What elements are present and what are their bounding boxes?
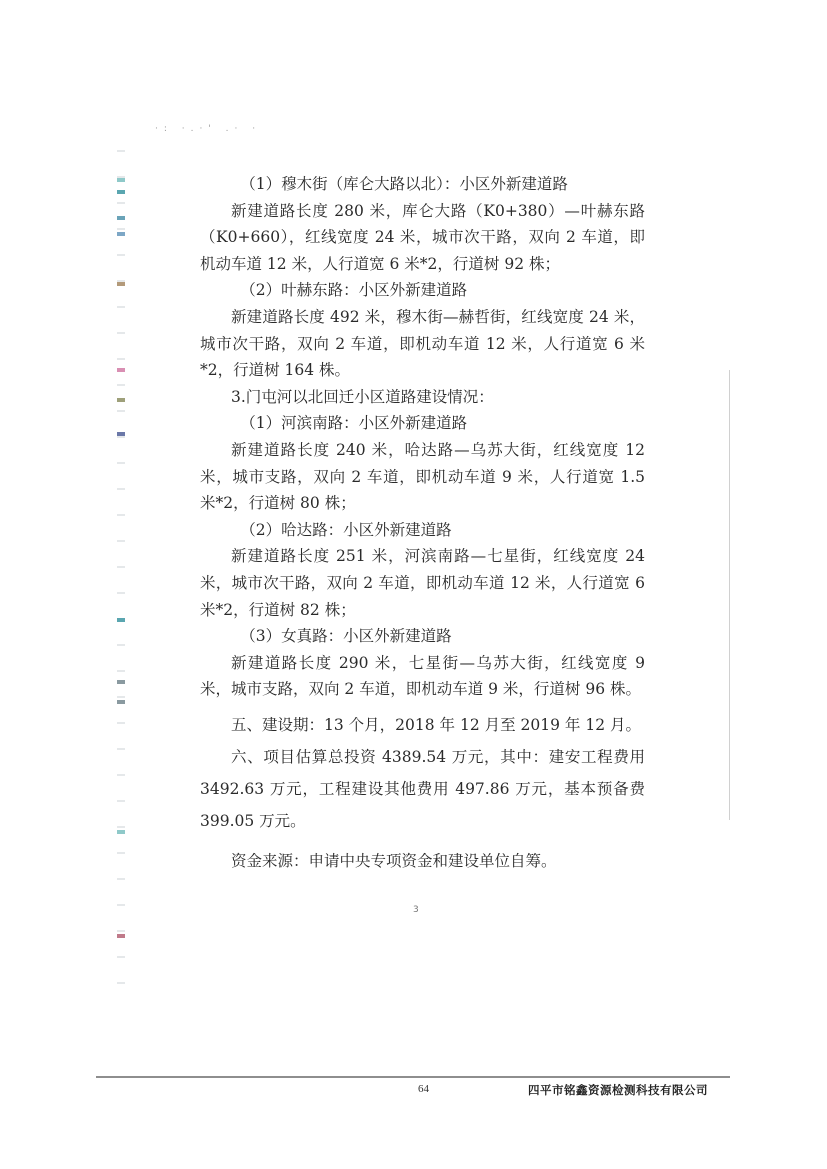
- scan-noise: ·: ·.·' .· ·: [155, 124, 261, 134]
- subheading-hada-road: （2）哈达路：小区外新建道路: [200, 517, 645, 544]
- paragraph-hada-road-details: 新建道路长度 251 米，河滨南路—七星街，红线宽度 24 米，城市次干路，双向…: [200, 543, 645, 623]
- scan-edge-mark: [117, 700, 125, 704]
- paragraph-nuzhen-road-details: 新建道路长度 290 米，七星街—乌苏大街，红线宽度 9 米，城市支路，双向 2…: [200, 650, 645, 703]
- scan-edge-mark: [117, 830, 125, 834]
- paragraph-funding-source: 资金来源：申请中央专项资金和建设单位自筹。: [200, 845, 645, 877]
- scan-edge-mark: [117, 190, 125, 194]
- scan-edge-mark: [117, 618, 125, 622]
- paragraph-yehe-east-road-details: 新建道路长度 492 米，穆木街—赫哲街，红线宽度 24 米，城市次干路，双向 …: [200, 304, 645, 384]
- scan-edge-mark: [117, 432, 125, 436]
- scan-edge-mark: [117, 232, 125, 236]
- footer-divider: [96, 1076, 730, 1078]
- footer-company-name: 四平市铭鑫资源检测科技有限公司: [528, 1082, 708, 1098]
- paragraph-mumu-street-details: 新建道路长度 280 米，库仑大路（K0+380）—叶赫东路（K0+660），红…: [200, 198, 645, 278]
- paragraph-hebin-south-road-details: 新建道路长度 240 米，哈达路—乌苏大街，红线宽度 12 米，城市支路，双向 …: [200, 437, 645, 517]
- scan-edge-right: [729, 370, 730, 820]
- inner-page-number: 3: [413, 905, 419, 915]
- footer-page-number: 64: [418, 1083, 429, 1095]
- scan-edge-mark: [117, 934, 125, 938]
- scan-edge-mark: [117, 368, 125, 372]
- subheading-yehe-east-road: （2）叶赫东路：小区外新建道路: [200, 277, 645, 304]
- scan-edge-mark: [117, 680, 125, 684]
- document-body: （1）穆木街（库仑大路以北）：小区外新建道路 新建道路长度 280 米，库仑大路…: [200, 171, 645, 877]
- section-heading-mentun-river: 3.门屯河以北回迁小区道路建设情况：: [200, 384, 645, 411]
- scan-edge-left: [117, 140, 125, 1000]
- scan-edge-mark: [117, 178, 125, 182]
- subheading-mumu-street: （1）穆木街（库仑大路以北）：小区外新建道路: [200, 171, 645, 198]
- paragraph-total-investment: 六、项目估算总投资 4389.54 万元，其中：建安工程费用 3492.63 万…: [200, 741, 645, 837]
- scan-edge-mark: [117, 216, 125, 220]
- scan-edge-mark: [117, 282, 125, 286]
- paragraph-construction-period: 五、建设期：13 个月，2018 年 12 月至 2019 年 12 月。: [200, 709, 645, 741]
- subheading-hebin-south-road: （1）河滨南路：小区外新建道路: [200, 410, 645, 437]
- scan-edge-mark: [117, 398, 125, 402]
- subheading-nuzhen-road: （3）女真路：小区外新建道路: [200, 623, 645, 650]
